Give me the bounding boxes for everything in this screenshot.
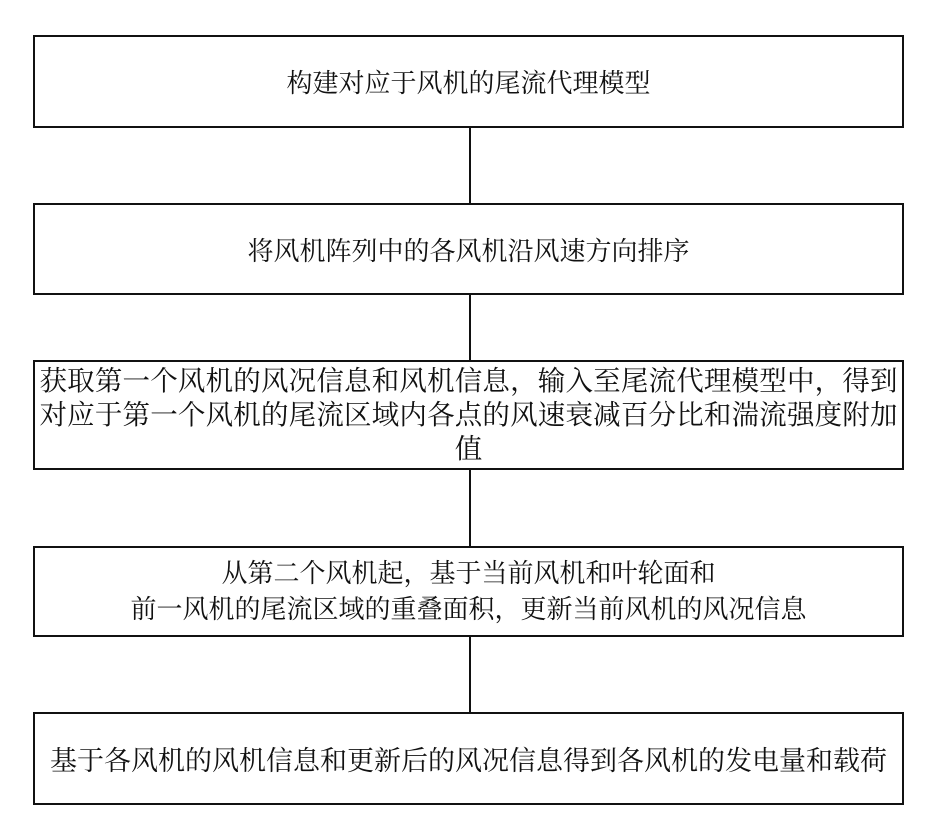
connector-line-4-5 xyxy=(469,637,471,712)
step-5-label: 基于各风机的风机信息和更新后的风况信息得到各风机的发电量和载荷 xyxy=(50,739,887,778)
connector-line-3-4 xyxy=(469,470,471,546)
step-1-build-wake-surrogate-model: 构建对应于风机的尾流代理模型 xyxy=(33,35,904,128)
step-1-label: 构建对应于风机的尾流代理模型 xyxy=(286,63,650,100)
step-4-update-wind-conditions: 从第二个风机起，基于当前风机和叶轮面和 前一风机的尾流区域的重叠面积，更新当前风… xyxy=(33,546,904,637)
connector-line-1-2 xyxy=(469,128,471,203)
step-5-power-and-load: 基于各风机的风机信息和更新后的风况信息得到各风机的发电量和载荷 xyxy=(33,712,904,805)
connector-line-2-3 xyxy=(469,295,471,360)
step-2-sort-turbines: 将风机阵列中的各风机沿风速方向排序 xyxy=(33,203,904,295)
step-3-first-turbine-wake: 获取第一个风机的风况信息和风机信息，输入至尾流代理模型中，得到对应于第一个风机的… xyxy=(33,360,904,470)
step-3-label: 获取第一个风机的风况信息和风机信息，输入至尾流代理模型中，得到对应于第一个风机的… xyxy=(40,364,898,466)
step-4-label: 从第二个风机起，基于当前风机和叶轮面和 前一风机的尾流区域的重叠面积，更新当前风… xyxy=(130,556,806,628)
step-2-label: 将风机阵列中的各风机沿风速方向排序 xyxy=(247,231,689,268)
